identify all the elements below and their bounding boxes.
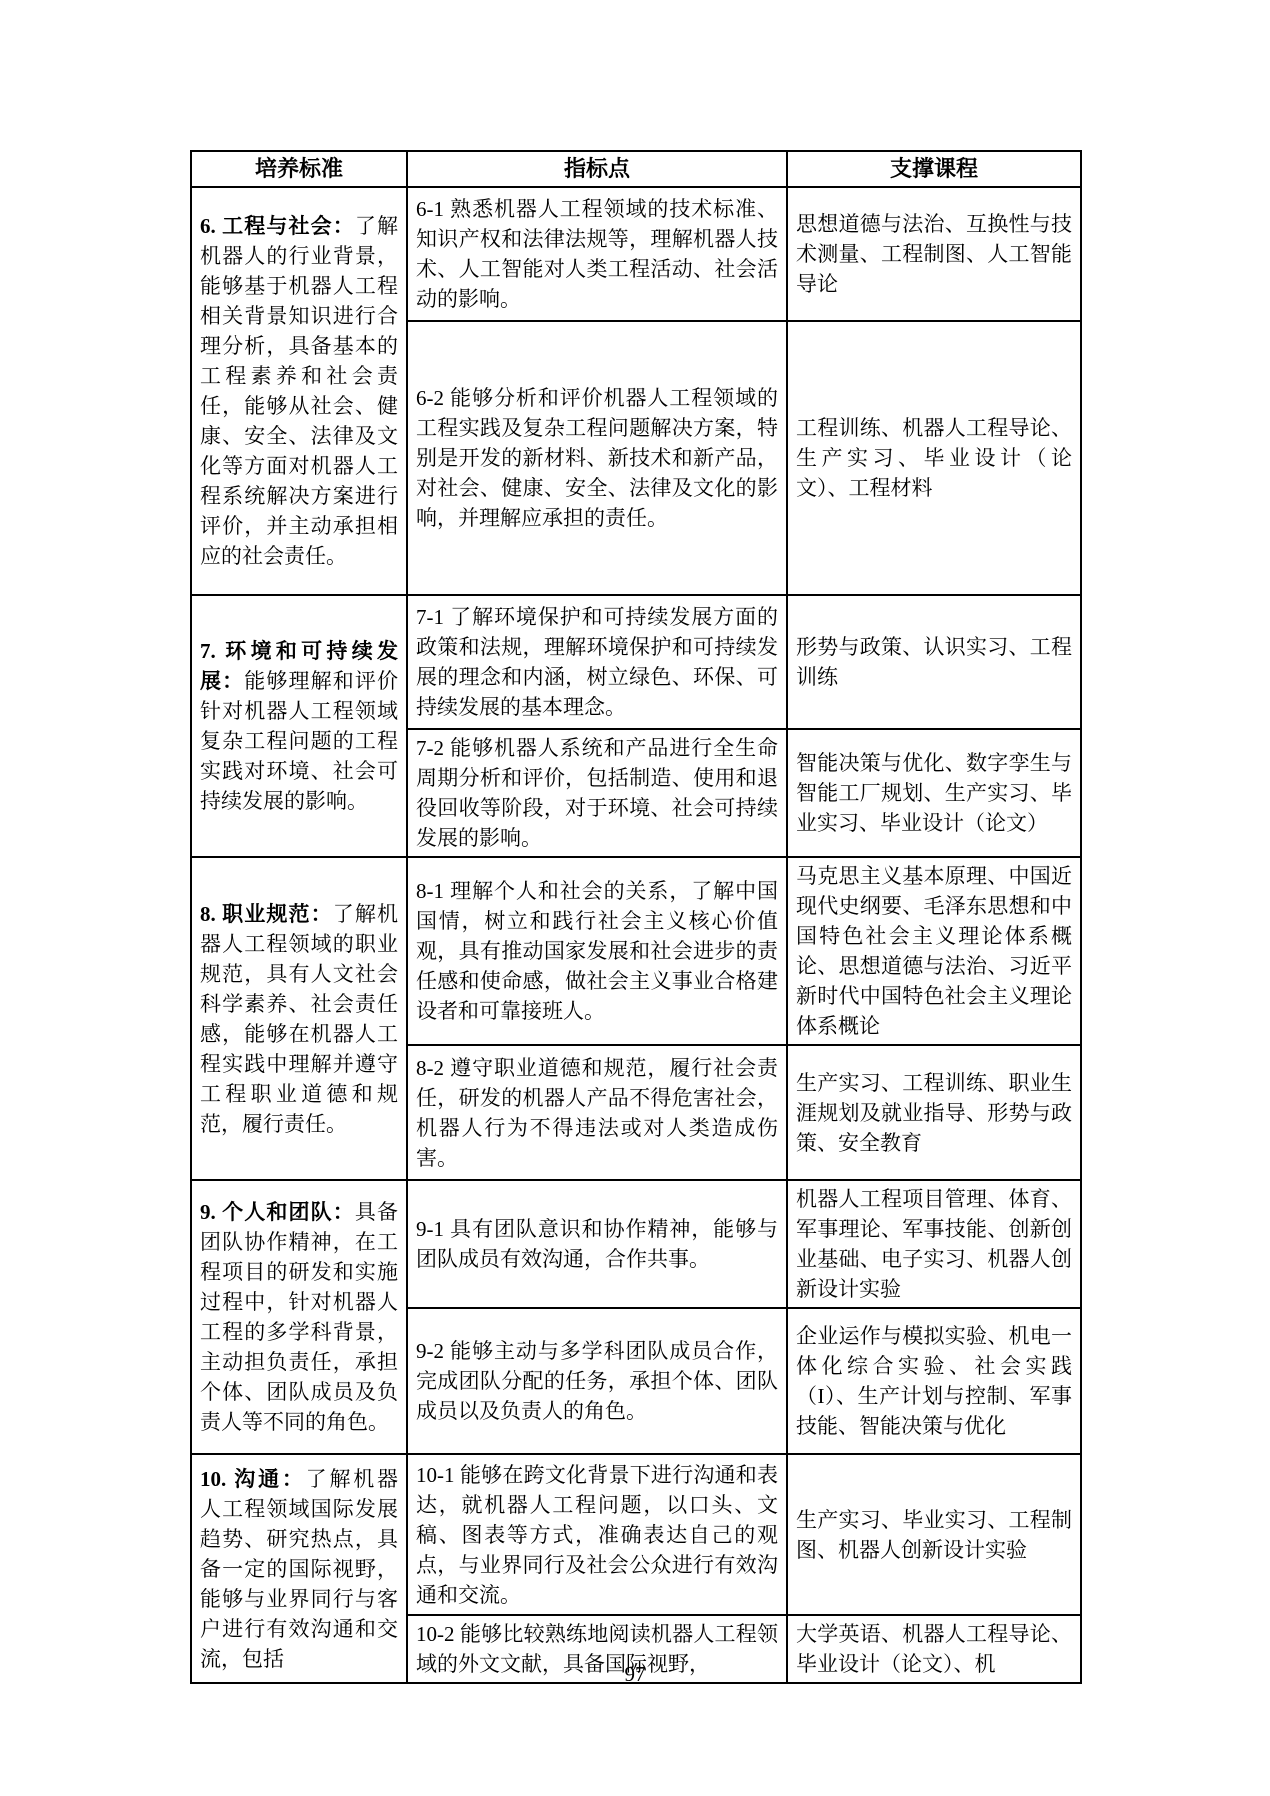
courses-cell-9-2: 企业运作与模拟实验、机电一体化综合实验、社会实践（I）、生产计划与控制、军事技能… [787,1308,1081,1454]
indicator-cell-9-1: 9-1 具有团队意识和协作精神，能够与团队成员有效沟通，合作共事。 [407,1180,787,1308]
indicator-cell-7-1: 7-1 了解环境保护和可持续发展方面的政策和法规，理解环境保护和可持续发展的理念… [407,595,787,729]
courses-cell-7-1: 形势与政策、认识实习、工程训练 [787,595,1081,729]
standard-label-10: 10. 沟通： [200,1467,306,1491]
standard-text-8: 了解机器人工程领域的职业规范，具有人文社会科学素养、社会责任感，能够在机器人工程… [200,902,398,1136]
table-header-row: 培养标准 指标点 支撑课程 [191,151,1081,187]
indicator-cell-9-2: 9-2 能够主动与多学科团队成员合作，完成团队分配的任务，承担个体、团队成员以及… [407,1308,787,1454]
courses-cell-7-2: 智能决策与优化、数字孪生与智能工厂规划、生产实习、毕业实习、毕业设计（论文） [787,729,1081,857]
table-row: 7. 环境和可持续发展：能够理解和评价针对机器人工程领域复杂工程问题的工程实践对… [191,595,1081,729]
table-row: 8. 职业规范：了解机器人工程领域的职业规范，具有人文社会科学素养、社会责任感，… [191,857,1081,1045]
standard-label-9: 9. 个人和团队： [200,1200,355,1224]
standard-cell-10: 10. 沟通：了解机器人工程领域国际发展趋势、研究热点，具备一定的国际视野，能够… [191,1454,407,1683]
table-row: 10. 沟通：了解机器人工程领域国际发展趋势、研究热点，具备一定的国际视野，能够… [191,1454,1081,1615]
table-row: 6. 工程与社会：了解机器人的行业背景，能够基于机器人工程相关背景知识进行合理分… [191,187,1081,321]
courses-cell-10-1: 生产实习、毕业实习、工程制图、机器人创新设计实验 [787,1454,1081,1615]
standard-text-10: 了解机器人工程领域国际发展趋势、研究热点，具备一定的国际视野，能够与业界同行与客… [200,1467,398,1671]
standard-cell-9: 9. 个人和团队：具备团队协作精神，在工程项目的研发和实施过程中，针对机器人工程… [191,1180,407,1454]
indicator-cell-6-2: 6-2 能够分析和评价机器人工程领域的工程实践及复杂工程问题解决方案，特别是开发… [407,321,787,595]
indicator-cell-10-1: 10-1 能够在跨文化背景下进行沟通和表达，就机器人工程问题，以口头、文稿、图表… [407,1454,787,1615]
courses-cell-6-1: 思想道德与法治、互换性与技术测量、工程制图、人工智能导论 [787,187,1081,321]
page-number: 97 [0,1662,1270,1687]
standard-cell-8: 8. 职业规范：了解机器人工程领域的职业规范，具有人文社会科学素养、社会责任感，… [191,857,407,1180]
courses-cell-9-1: 机器人工程项目管理、体育、军事理论、军事技能、创新创业基础、电子实习、机器人创新… [787,1180,1081,1308]
standard-text-9: 具备团队协作精神，在工程项目的研发和实施过程中，针对机器人工程的多学科背景，主动… [200,1200,398,1434]
table-row: 9. 个人和团队：具备团队协作精神，在工程项目的研发和实施过程中，针对机器人工程… [191,1180,1081,1308]
courses-cell-8-2: 生产实习、工程训练、职业生涯规划及就业指导、形势与政策、安全教育 [787,1045,1081,1180]
indicator-cell-6-1: 6-1 熟悉机器人工程领域的技术标准、知识产权和法律法规等，理解机器人技术、人工… [407,187,787,321]
courses-cell-6-2: 工程训练、机器人工程导论、生产实习、毕业设计（论文）、工程材料 [787,321,1081,595]
training-standards-table: 培养标准 指标点 支撑课程 6. 工程与社会：了解机器人的行业背景，能够基于机器… [190,150,1082,1684]
standard-cell-7: 7. 环境和可持续发展：能够理解和评价针对机器人工程领域复杂工程问题的工程实践对… [191,595,407,857]
indicator-cell-7-2: 7-2 能够机器人系统和产品进行全生命周期分析和评价，包括制造、使用和退役回收等… [407,729,787,857]
col-header-indicator-points: 指标点 [407,151,787,187]
col-header-supporting-courses: 支撑课程 [787,151,1081,187]
col-header-training-standard: 培养标准 [191,151,407,187]
indicator-cell-8-2: 8-2 遵守职业道德和规范，履行社会责任，研发的机器人产品不得危害社会，机器人行… [407,1045,787,1180]
standard-label-8: 8. 职业规范： [200,902,333,926]
standard-cell-6: 6. 工程与社会：了解机器人的行业背景，能够基于机器人工程相关背景知识进行合理分… [191,187,407,595]
indicator-cell-8-1: 8-1 理解个人和社会的关系，了解中国国情，树立和践行社会主义核心价值观，具有推… [407,857,787,1045]
standard-label-6: 6. 工程与社会： [200,214,355,238]
courses-cell-8-1: 马克思主义基本原理、中国近现代史纲要、毛泽东思想和中国特色社会主义理论体系概论、… [787,857,1081,1045]
document-page: 培养标准 指标点 支撑课程 6. 工程与社会：了解机器人的行业背景，能够基于机器… [0,0,1270,1796]
standard-text-6: 了解机器人的行业背景，能够基于机器人工程相关背景知识进行合理分析，具备基本的工程… [200,214,398,568]
